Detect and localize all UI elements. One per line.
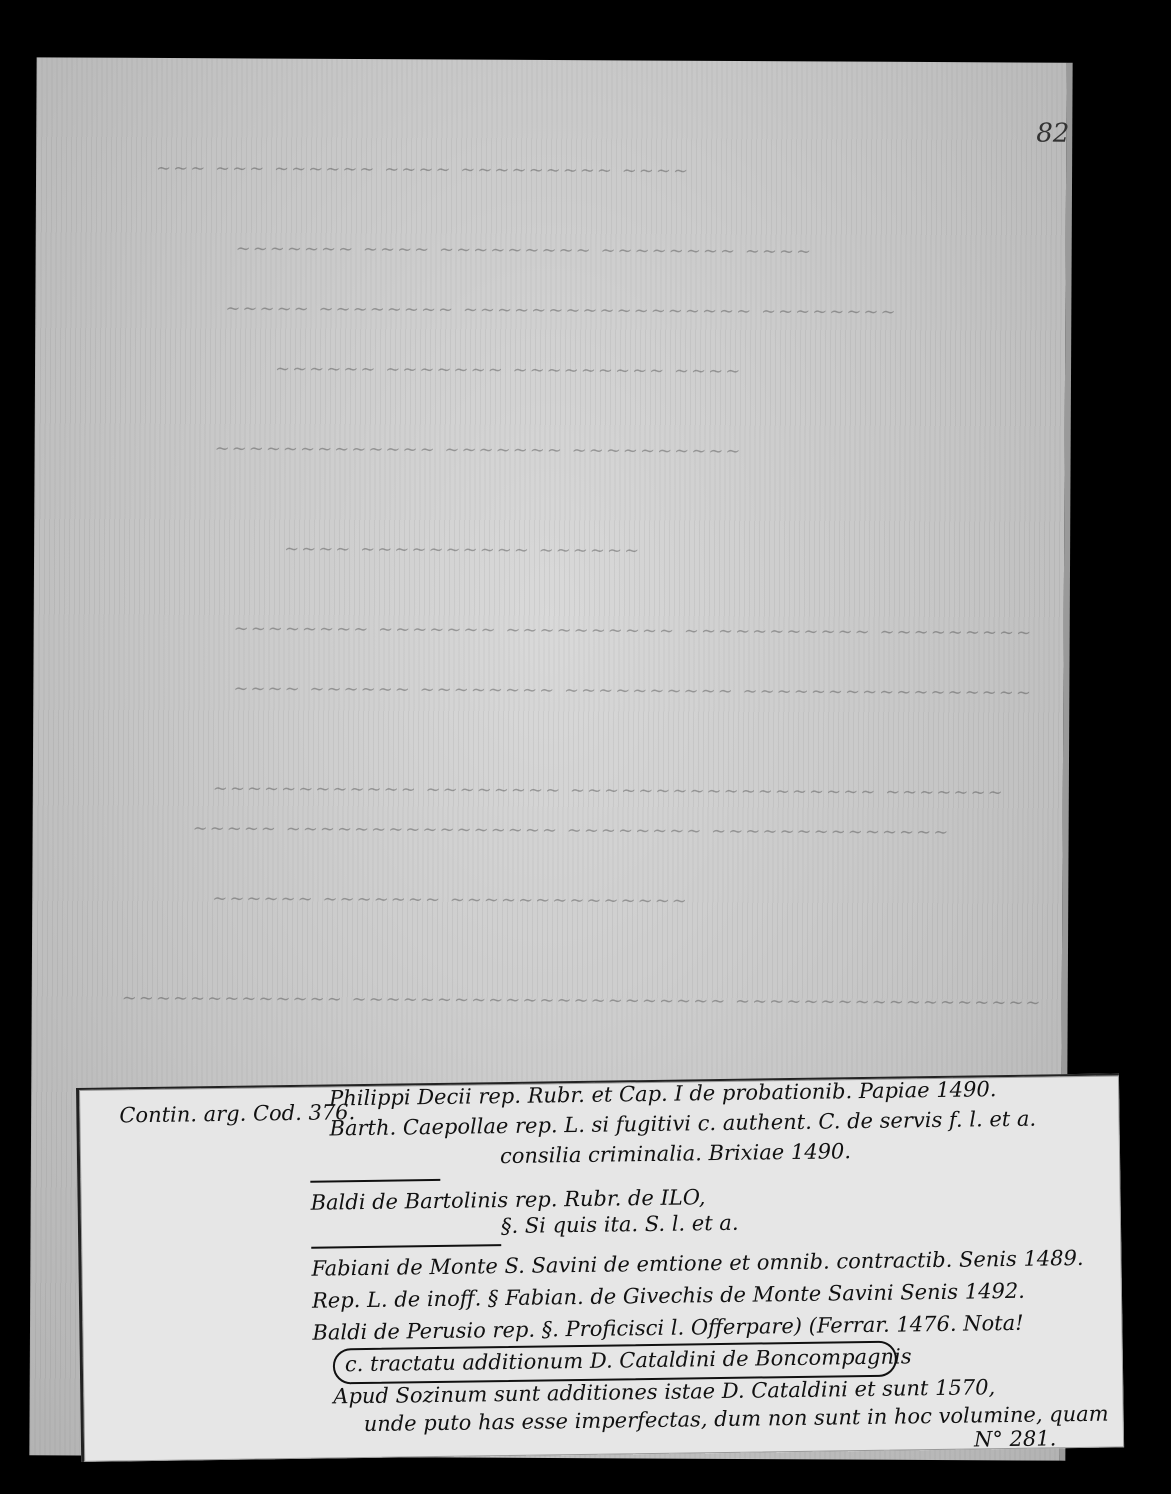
faded-text-line: ~~~~~~~~~~~~~ ~~~~~~~ ~~~~~~~~~~	[215, 438, 743, 462]
annotation-slip: Contin. arg. Cod. 376. Philippi Decii re…	[76, 1073, 1124, 1462]
faded-text-line: ~~~~~~~~~~~~ ~~~~~~~~ ~~~~~~~~~~~~~~~~~~…	[213, 778, 1005, 803]
faded-text-line: ~~~~~~~~ ~~~~~~~ ~~~~~~~~~~ ~~~~~~~~~~~ …	[234, 618, 1034, 643]
faded-text-line: ~~~~~~~ ~~~~ ~~~~~~~~~ ~~~~~~~~ ~~~~	[236, 238, 814, 262]
slip-line: Rep. L. de inoff. § Fabian. de Givechis …	[312, 1279, 1025, 1313]
slip-line: Baldi de Bartolinis rep. Rubr. de ILO,	[310, 1185, 705, 1215]
faded-text-line: ~~~~~~ ~~~~~~~ ~~~~~~~~~~~~~~	[212, 888, 689, 911]
faded-text-line: ~~~~~ ~~~~~~~~ ~~~~~~~~~~~~~~~~~ ~~~~~~~…	[225, 298, 897, 323]
faded-text-line: ~~~~ ~~~~~~ ~~~~~~~~ ~~~~~~~~~~ ~~~~~~~~…	[233, 678, 1033, 703]
separator-rule	[310, 1179, 440, 1183]
slip-line: Barth. Caepollae rep. L. si fugitivi c. …	[329, 1107, 1036, 1141]
slip-line: Fabiani de Monte S. Savini de emtione et…	[311, 1246, 1083, 1281]
faded-text-line: ~~~~~ ~~~~~~~~~~~~~~~~ ~~~~~~~~ ~~~~~~~~…	[193, 818, 951, 843]
margin-note: Contin. arg. Cod. 376.	[119, 1100, 355, 1127]
slip-line: Philippi Decii rep. Rubr. et Cap. I de p…	[329, 1077, 997, 1110]
slip-line: Baldi de Perusio rep. §. Proficisci l. O…	[312, 1311, 1024, 1345]
faded-text-line: ~~~~~~ ~~~~~~~ ~~~~~~~~~ ~~~~	[275, 359, 742, 382]
slip-line: consilia criminalia. Brixiae 1490.	[500, 1139, 851, 1168]
folio-number: 82	[1036, 119, 1069, 149]
faded-text-line: ~~~~ ~~~~~~~~~~ ~~~~~~	[284, 539, 641, 562]
faded-text-line: ~~~~~~~~~~~~~ ~~~~~~~~~~~~~~~~~~~~~~ ~~~…	[122, 988, 1043, 1014]
slip-line: §. Si quis ita. S. l. et a.	[501, 1211, 739, 1238]
faded-text-line: ~~~ ~~~ ~~~~~~ ~~~~ ~~~~~~~~~ ~~~~	[156, 158, 690, 182]
shelf-number: N° 281.	[974, 1426, 1057, 1451]
separator-rule	[311, 1244, 501, 1249]
